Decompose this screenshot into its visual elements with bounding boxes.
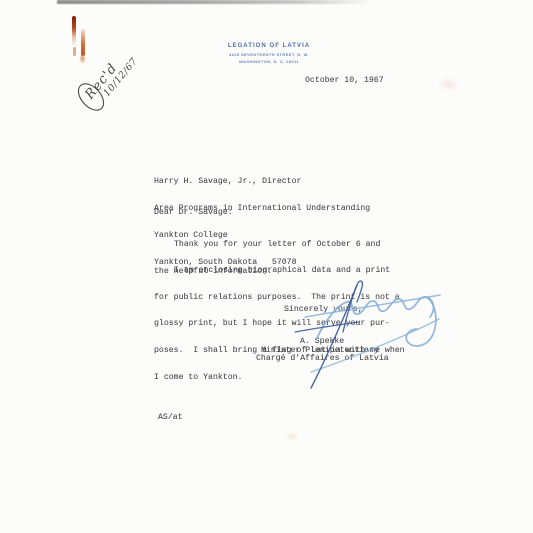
letterhead-organization: LEGATION OF LATVIA (188, 42, 350, 50)
letter-page: Rec'd 10/12/67 LEGATION OF LATVIA 4325 S… (0, 0, 533, 533)
rust-stain (81, 29, 85, 56)
rust-stain (72, 16, 76, 46)
letterhead-city: WASHINGTON, D. C. 20011 (188, 57, 350, 64)
letter-date: October 10, 1967 (305, 76, 384, 85)
salutation: Dear Dr. Savage: (154, 208, 233, 217)
rust-stain (73, 47, 76, 56)
signature-autograph (280, 275, 455, 395)
paper-stain (438, 77, 460, 92)
recipient-line: Harry H. Savage, Jr., Director (154, 177, 370, 186)
rust-stain (79, 53, 86, 64)
scan-edge-shadow (57, 0, 382, 4)
reference-initials: AS/at (158, 413, 183, 422)
letterhead: LEGATION OF LATVIA 4325 SEVENTEENTH STRE… (188, 42, 350, 63)
paper-stain (285, 431, 300, 442)
letterhead-street: 4325 SEVENTEENTH STREET, N. W. (188, 50, 350, 57)
